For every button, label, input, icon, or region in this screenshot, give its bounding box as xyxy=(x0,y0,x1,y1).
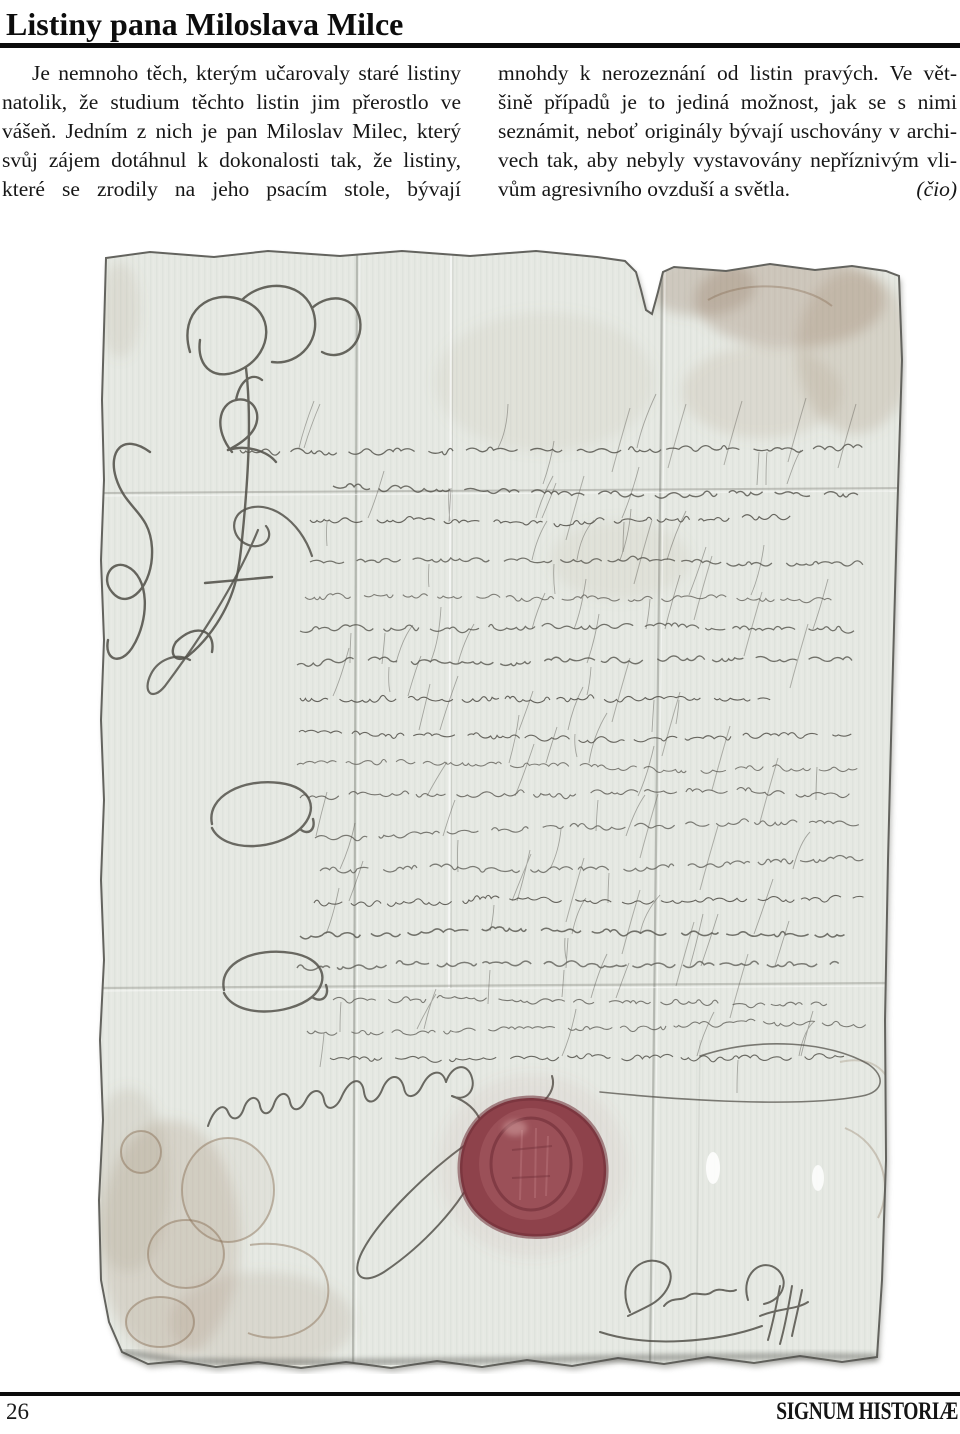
wax-seal xyxy=(438,1074,628,1258)
article-line: vášeň. Jedním z nich je pan Miloslav Mil… xyxy=(2,117,461,146)
article-line: natolik, že studium těchto listin jim př… xyxy=(2,88,461,117)
article-line: vech tak, aby nebyly vystavovány nepřízn… xyxy=(498,146,957,175)
article-line: svůj zájem dotáhnul k dokonalosti tak, ž… xyxy=(2,146,461,175)
document-photo xyxy=(97,244,907,1374)
article-line: seznámit, neboť originály bývají uschová… xyxy=(498,117,957,146)
header-rule xyxy=(0,43,960,48)
article-line: Je nemnoho těch, kterým učarovaly staré … xyxy=(2,59,461,88)
page-title: Listiny pana Miloslava Milce xyxy=(6,6,403,43)
journal-name: SIGNUM HISTORIÆ xyxy=(776,1398,958,1426)
document-photo-svg xyxy=(97,244,907,1374)
article-line: šině případů je to jediná možnost, jak s… xyxy=(498,88,957,117)
magazine-page: { "header": { "title": "Listiny pana Mil… xyxy=(0,0,960,1434)
article-text: vům agresivního ovzduší a světla. xyxy=(498,175,790,204)
article-column-left: Je nemnoho těch, kterým učarovaly staré … xyxy=(2,59,461,204)
wax-seal-inner xyxy=(479,1108,583,1220)
article-line-last: vům agresivního ovzduší a světla.(čio) xyxy=(498,175,957,204)
article-line: které se zrodily na jeho psacím stole, b… xyxy=(2,175,461,204)
page-number: 26 xyxy=(6,1399,29,1425)
attribution: (čio) xyxy=(916,175,957,204)
article-column-right: mnohdy k nerozeznání od listin pravých. … xyxy=(498,59,957,204)
footer-rule xyxy=(0,1392,960,1396)
article-line: mnohdy k nerozeznání od listin pravých. … xyxy=(498,59,957,88)
